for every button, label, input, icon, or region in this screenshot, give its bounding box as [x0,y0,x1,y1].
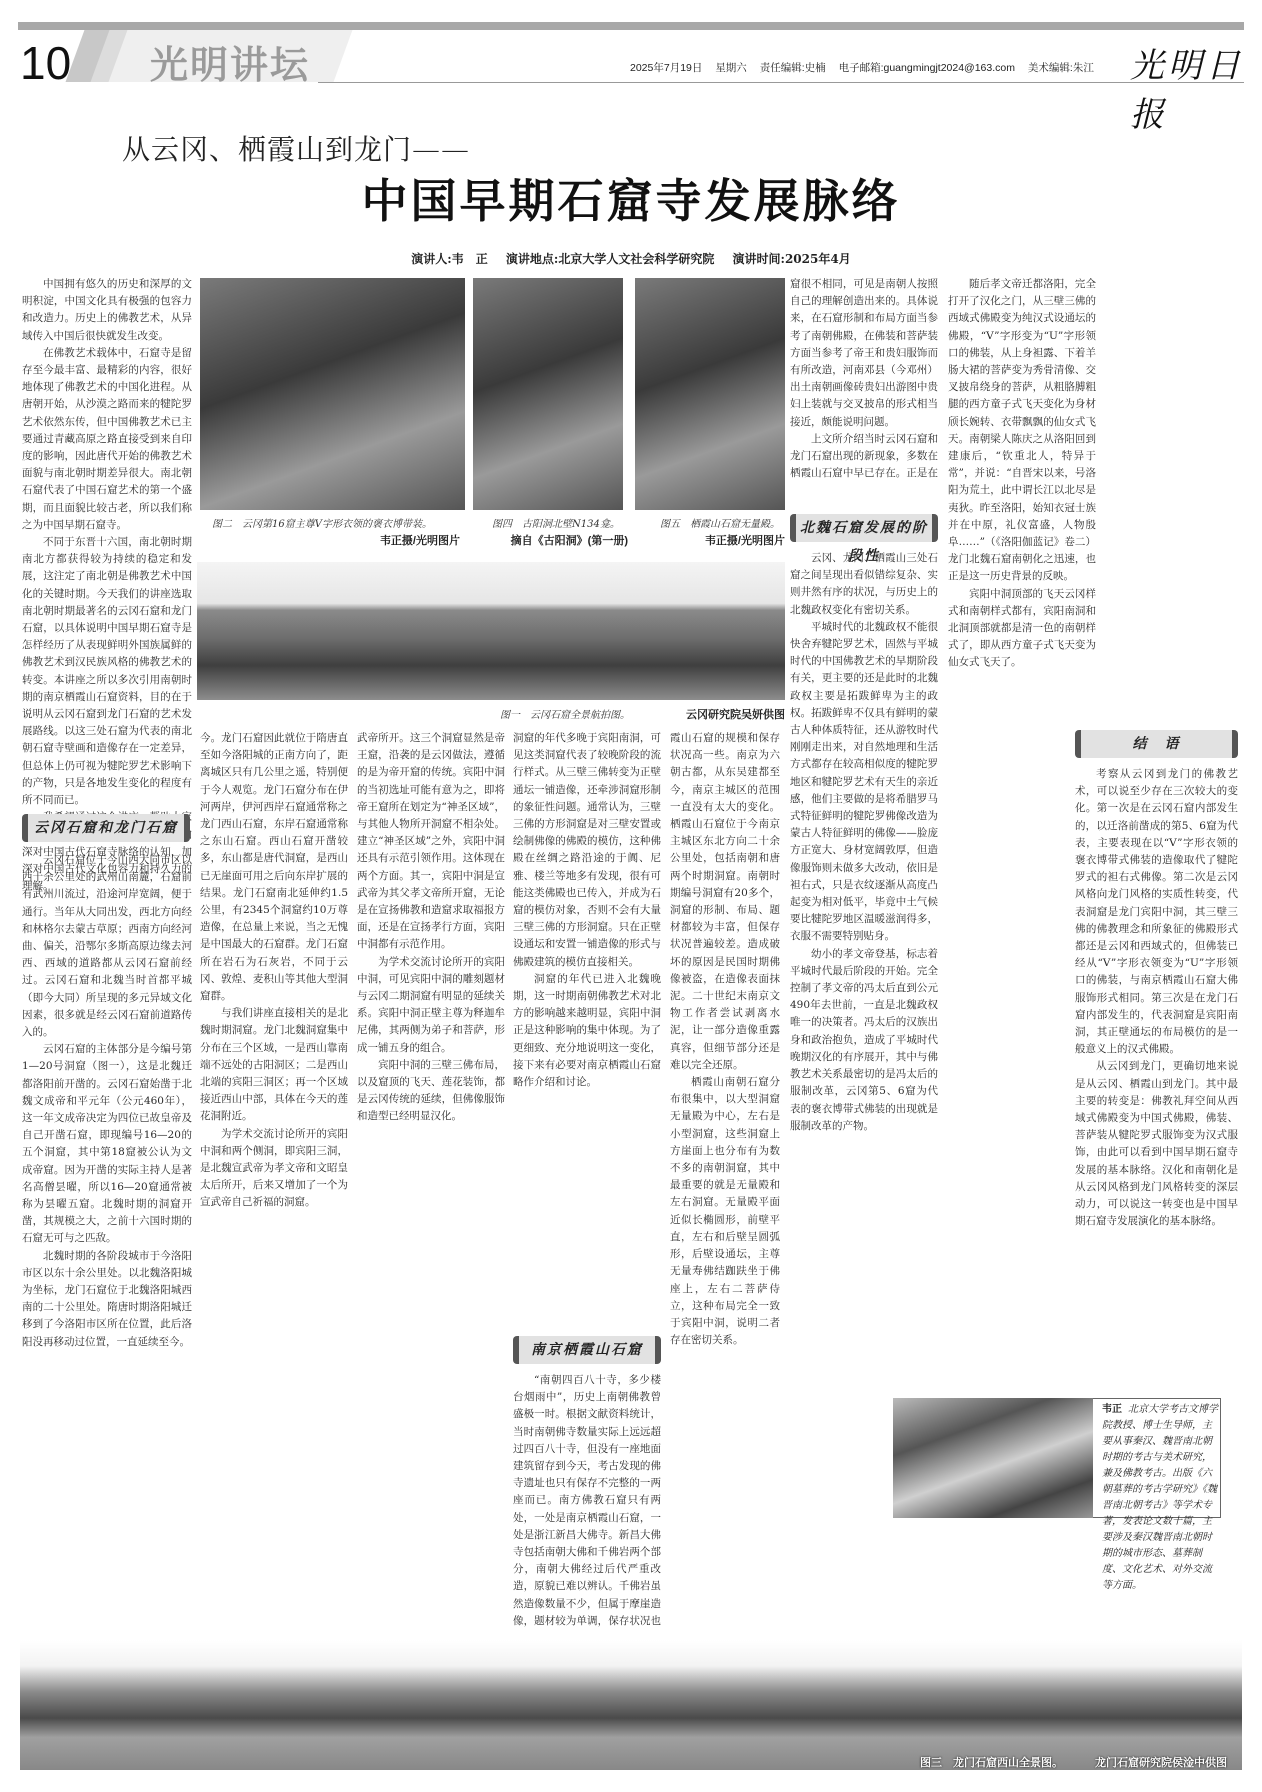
figure-5-credit: 韦正摄/光明图片 [640,532,785,548]
column-1-intro: 中国拥有悠久的历史和深厚的文明积淀，中国文化具有极强的包容力和改造力。历史上的佛… [22,276,192,895]
figure-1-caption: 图一 云冈石窟全景航拍图。 [500,706,630,721]
column-4-body: “南朝四百八十寺，多少楼台烟雨中”，历史上南朝佛教曾盛极一时。根据文献资料统计，… [513,1372,661,1632]
column-7-top: 随后孝文帝迁都洛阳，完全打开了汉化之门，从三壁三佛的西域式佛殿变为纯汉式设通坛的… [948,276,1096,716]
figure-1-panorama-photo [197,562,785,700]
art-editor: 美术编辑:朱江 [1028,62,1094,74]
paragraph: 云冈、龙门、栖霞山三处石窟之间呈现出看似错综复杂、实则井然有序的状况，与历史上的… [790,550,938,619]
paragraph: 从云冈到龙门，更确切地来说是从云冈、栖霞山到龙门。其中最主要的转变是：佛教礼拜空… [1075,1058,1238,1230]
paragraph: 上文所介绍当时云冈石窟和龙门石窟出现的新现象，多数在栖霞山石窟中早已存在。正是在… [790,431,938,484]
paragraph: 栖霞山南朝石窟分布很集中，以大型洞窟无量殿为中心，左右是小型洞窟，这些洞窟上方崖… [670,1074,780,1349]
figure-5-photo [635,278,785,510]
paragraph: 宾阳中洞顶部的飞天云冈样式和南朝样式都有，宾阳南洞和北洞顶部就都是清一色的南朝样… [948,586,1096,672]
paragraph: 窟很不相同，可见是南朝人按照自己的理解创造出来的。具体说来，在石窟形制和布局方面… [790,276,938,431]
column-6-top: 窟很不相同，可见是南朝人按照自己的理解创造出来的。具体说来，在石窟形制和布局方面… [790,276,938,484]
paragraph: 为学术交流讨论所开的宾阳中洞，可见宾阳中洞的雕刻题材与云冈二期洞窟有明显的延续关… [357,954,505,1057]
issue-weekday: 星期六 [715,62,747,74]
column-3: 武帝所开。这三个洞窟显然是帝王窟，沿袭的是云冈做法，遵循的是为帝开窟的传统。宾阳… [357,730,505,1630]
paragraph: 随后孝文帝迁都洛阳，完全打开了汉化之门，从三壁三佛的西域式佛殿变为纯汉式设通坛的… [948,276,1096,586]
page-number: 10 [20,36,71,90]
issue-meta: 2025年7月19日 星期六 责任编辑:史楠 电子邮箱:guangmingjt2… [630,60,1104,75]
subhead-nanjing-qixiashan: 南京栖霞山石窟 [513,1336,661,1364]
paragraph: 平城时代的北魏政权不能很快舍弃犍陀罗艺术，固然与平城时代的中国佛教艺术的早期阶段… [790,619,938,946]
figure-3-credit: 龙门石窟研究院侯淦中供图 [1095,1754,1227,1770]
issue-date: 2025年7月19日 [630,62,702,74]
speaker-bio: 北京大学考古文博学院教授、博士生导师，主要从事秦汉、魏晋南北朝时期的考古与美术研… [1102,1404,1218,1591]
paragraph: 洞窟的年代已进入北魏晚期，这一时期南朝佛教艺术对北方的影响越来越明显，宾阳中洞正… [513,971,661,1091]
column-4: 洞窟的年代多晚于宾阳南洞，可见这类洞窟代表了较晚阶段的流行样式。从三壁三佛转变为… [513,730,661,1350]
paragraph: 北魏时期的各阶段城市于今洛阳市区以东十余公里处。以北魏洛阳城为坐标，龙门石窟位于… [22,1248,192,1351]
paragraph: 中国拥有悠久的历史和深厚的文明积淀，中国文化具有极强的包容力和改造力。历史上的佛… [22,276,192,345]
figure-1-credit: 云冈研究院吴妍供图 [620,706,785,722]
paragraph: 与我们讲座直接相关的是北魏时期洞窟。龙门北魏洞窟集中分布在三个区域，一是西山靠南… [200,1005,348,1125]
paragraph: 不同于东晋十六国，南北朝时期南北方都获得较为持续的稳定和发展，这注定了南北朝是佛… [22,534,192,809]
figure-2-caption: 图二 云冈第16窟主尊V字形衣领的褒衣博带装。 [212,515,432,530]
article-byline: 演讲人:韦 正 演讲地点:北京大学人文社会科学研究院 演讲时间:2025年4月 [0,250,1262,267]
figure-2-photo [200,278,465,510]
paragraph: “南朝四百八十寺，多少楼台烟雨中”，历史上南朝佛教曾盛极一时。根据文献资料统计，… [513,1372,661,1632]
subhead-northern-wei-stages: 北魏石窟发展的阶段性 [790,514,938,542]
article-headline: 中国早期石窟寺发展脉络 [0,165,1262,231]
column-1-body: 云冈石窟位于今山西大同市区以西十余公里处的武州山南麓，石窟前有武州川流过，沿途河… [22,852,192,1772]
figure-4-credit: 摘自《古阳洞》(第一册) [480,532,628,548]
paragraph: 武帝所开。这三个洞窟显然是帝王窟，沿袭的是云冈做法，遵循的是为帝开窟的传统。宾阳… [357,730,505,954]
speaker: 演讲人:韦 正 [411,252,487,266]
lecture-time: 演讲时间:2025年4月 [733,252,851,266]
paragraph: 考察从云冈到龙门的佛教艺术，可以说至少存在三次较大的变化。第一次是在云冈石窟内部… [1075,766,1238,1058]
header-rule [318,82,1244,83]
figure-4-photo [473,278,623,510]
section-title: 光明讲坛 [150,34,310,89]
paragraph: 幼小的孝文帝登基，标志着平城时代最后阶段的开始。完全控制了孝文帝的冯太后直到公元… [790,946,938,1135]
speaker-portrait-photo [893,1398,1093,1518]
figure-3-caption: 图三 龙门石窟西山全景图。 [920,1754,1063,1770]
column-5: 霞山石窟的规模和保存状况高一些。南京为六朝古都，从东吴建都至今，南京主城区的范围… [670,730,780,1630]
column-8-conclusion: 考察从云冈到龙门的佛教艺术，可以说至少存在三次较大的变化。第一次是在云冈石窟内部… [1075,766,1238,1386]
top-rule [18,22,1244,30]
paragraph: 云冈石窟的主体部分是今编号第1—20号洞窟（图一），这是北魏迁都洛阳前开凿的。云… [22,1041,192,1247]
figure-5-caption: 图五 栖霞山石窟无量殿。 [660,515,780,530]
paragraph: 为学术交流讨论所开的宾阳中洞和两个侧洞，即宾阳三洞，是北魏宣武帝为孝文帝和文昭皇… [200,1126,348,1212]
paragraph: 宾阳中洞的三壁三佛布局，以及窟顶的飞天、莲花装饰，都是云冈传统的延续，但佛像服饰… [357,1057,505,1126]
newspaper-masthead-logo: 光明日报 [1130,38,1262,136]
figure-2-credit: 韦正摄/光明图片 [290,532,460,548]
paragraph: 霞山石窟的规模和保存状况高一些。南京为六朝古都，从东吴建都至今，南京主城区的范围… [670,730,780,1074]
subhead-yungang-longmen: 云冈石窟和龙门石窟 [22,814,190,842]
paragraph: 在佛教艺术载体中，石窟寺是留存至今最丰富、最精彩的内容，很好地体现了佛教艺术的中… [22,345,192,534]
speaker-bio-text: 韦正北京大学考古文博学院教授、博士生导师，主要从事秦汉、魏晋南北朝时期的考古与美… [1102,1402,1220,1594]
paragraph: 今。龙门石窟因此就位于隋唐直至如今洛阳城的正南方向了，距离城区只有几公里之遥，特… [200,730,348,1005]
figure-3-longmen-panorama-photo [20,1640,1242,1770]
subhead-conclusion: 结 语 [1075,730,1238,758]
figure-4-caption: 图四 古阳洞北壁N134龛。 [492,515,620,530]
paragraph: 云冈石窟位于今山西大同市区以西十余公里处的武州山南麓，石窟前有武州川流过，沿途河… [22,852,192,1041]
responsible-editor: 责任编辑:史楠 [760,62,826,74]
speaker-name: 韦正 [1102,1404,1122,1415]
article-kicker: 从云冈、栖霞山到龙门—— [122,128,470,168]
paragraph: 洞窟的年代多晚于宾阳南洞，可见这类洞窟代表了较晚阶段的流行样式。从三壁三佛转变为… [513,730,661,971]
venue: 演讲地点:北京大学人文社会科学研究院 [506,252,714,266]
editor-email[interactable]: 电子邮箱:guangmingjt2024@163.com [839,62,1015,74]
column-2: 今。龙门石窟因此就位于隋唐直至如今洛阳城的正南方向了，距离城区只有几公里之遥，特… [200,730,348,1630]
